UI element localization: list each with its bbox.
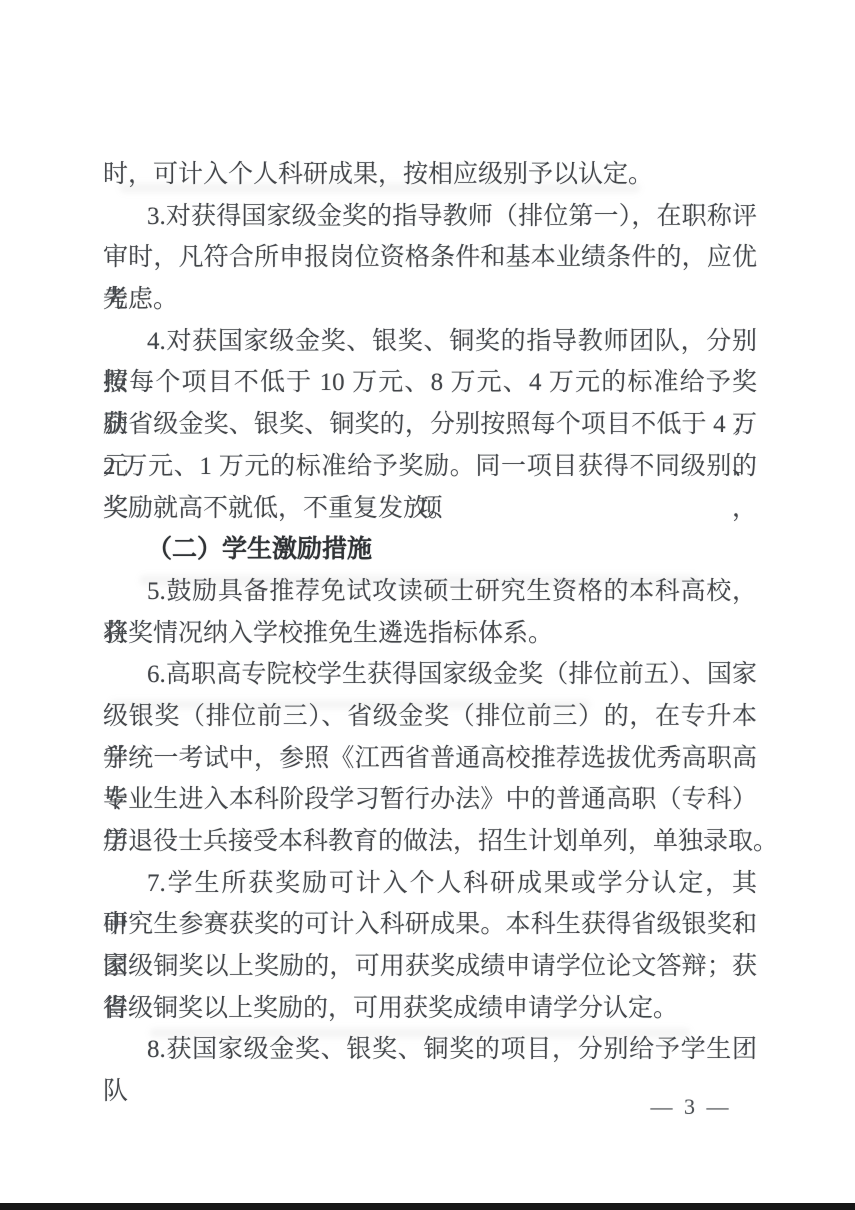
bottom-scan-edge [0,1203,855,1210]
text-line: 研究生参赛获奖的可计入科研成果。本科生获得省级银奖和国 [103,904,757,946]
text-line: 3.对获得国家级金奖的指导教师（排位第一），在职称评 [103,196,757,238]
text-line: 2 万元、1 万元的标准给予奖励。同一项目获得不同级别的奖项， [103,446,757,488]
text-line: 4.对获国家级金奖、银奖、铜奖的指导教师团队，分别按 [103,321,757,363]
text-line: 审时，凡符合所申报岗位资格条件和基本业绩条件的，应优先 [103,237,757,279]
section-heading: （二）学生激励措施 [103,529,757,571]
text-line: 学统一考试中，参照《江西省普通高校推荐选拔优秀高职高专 [103,738,757,780]
page-number-label: — 3 — [606,1092,776,1122]
document-page: 时，可计入个人科研成果，按相应级别予以认定。3.对获得国家级金奖的指导教师（排位… [0,0,855,1210]
text-line: 获省级金奖、银奖、铜奖的，分别按照每个项目不低于 4 万元、 [103,404,757,446]
text-line: 照每个项目不低于 10 万元、8 万元、4 万元的标准给予奖励； [103,362,757,404]
text-line: 级银奖（排位前三）、省级金奖（排位前三）的，在专升本升 [103,696,757,738]
document-lines: 时，可计入个人科研成果，按相应级别予以认定。3.对获得国家级金奖的指导教师（排位… [103,154,757,1071]
text-line: 省级铜奖以上奖励的，可用获奖成绩申请学分认定。 [103,988,757,1030]
text-line: 获奖情况纳入学校推免生遴选指标体系。 [103,613,757,655]
text-line: 5.鼓励具备推荐免试攻读硕士研究生资格的本科高校，将 [103,571,757,613]
text-line: 毕业生进入本科阶段学习暂行办法》中的普通高职（专科）学 [103,779,757,821]
text-line: 8.获国家级金奖、银奖、铜奖的项目，分别给予学生团队 [103,1029,757,1071]
text-line: 7.学生所获奖励可计入个人科研成果或学分认定，其中： [103,863,757,905]
text-line: 考虑。 [103,279,757,321]
text-line: 时，可计入个人科研成果，按相应级别予以认定。 [103,154,757,196]
text-line: 家级铜奖以上奖励的，可用获奖成绩申请学位论文答辩；获得 [103,946,757,988]
text-line: 历退役士兵接受本科教育的做法，招生计划单列，单独录取。 [103,821,757,863]
text-line: 6.高职高专院校学生获得国家级金奖（排位前五）、国家 [103,654,757,696]
